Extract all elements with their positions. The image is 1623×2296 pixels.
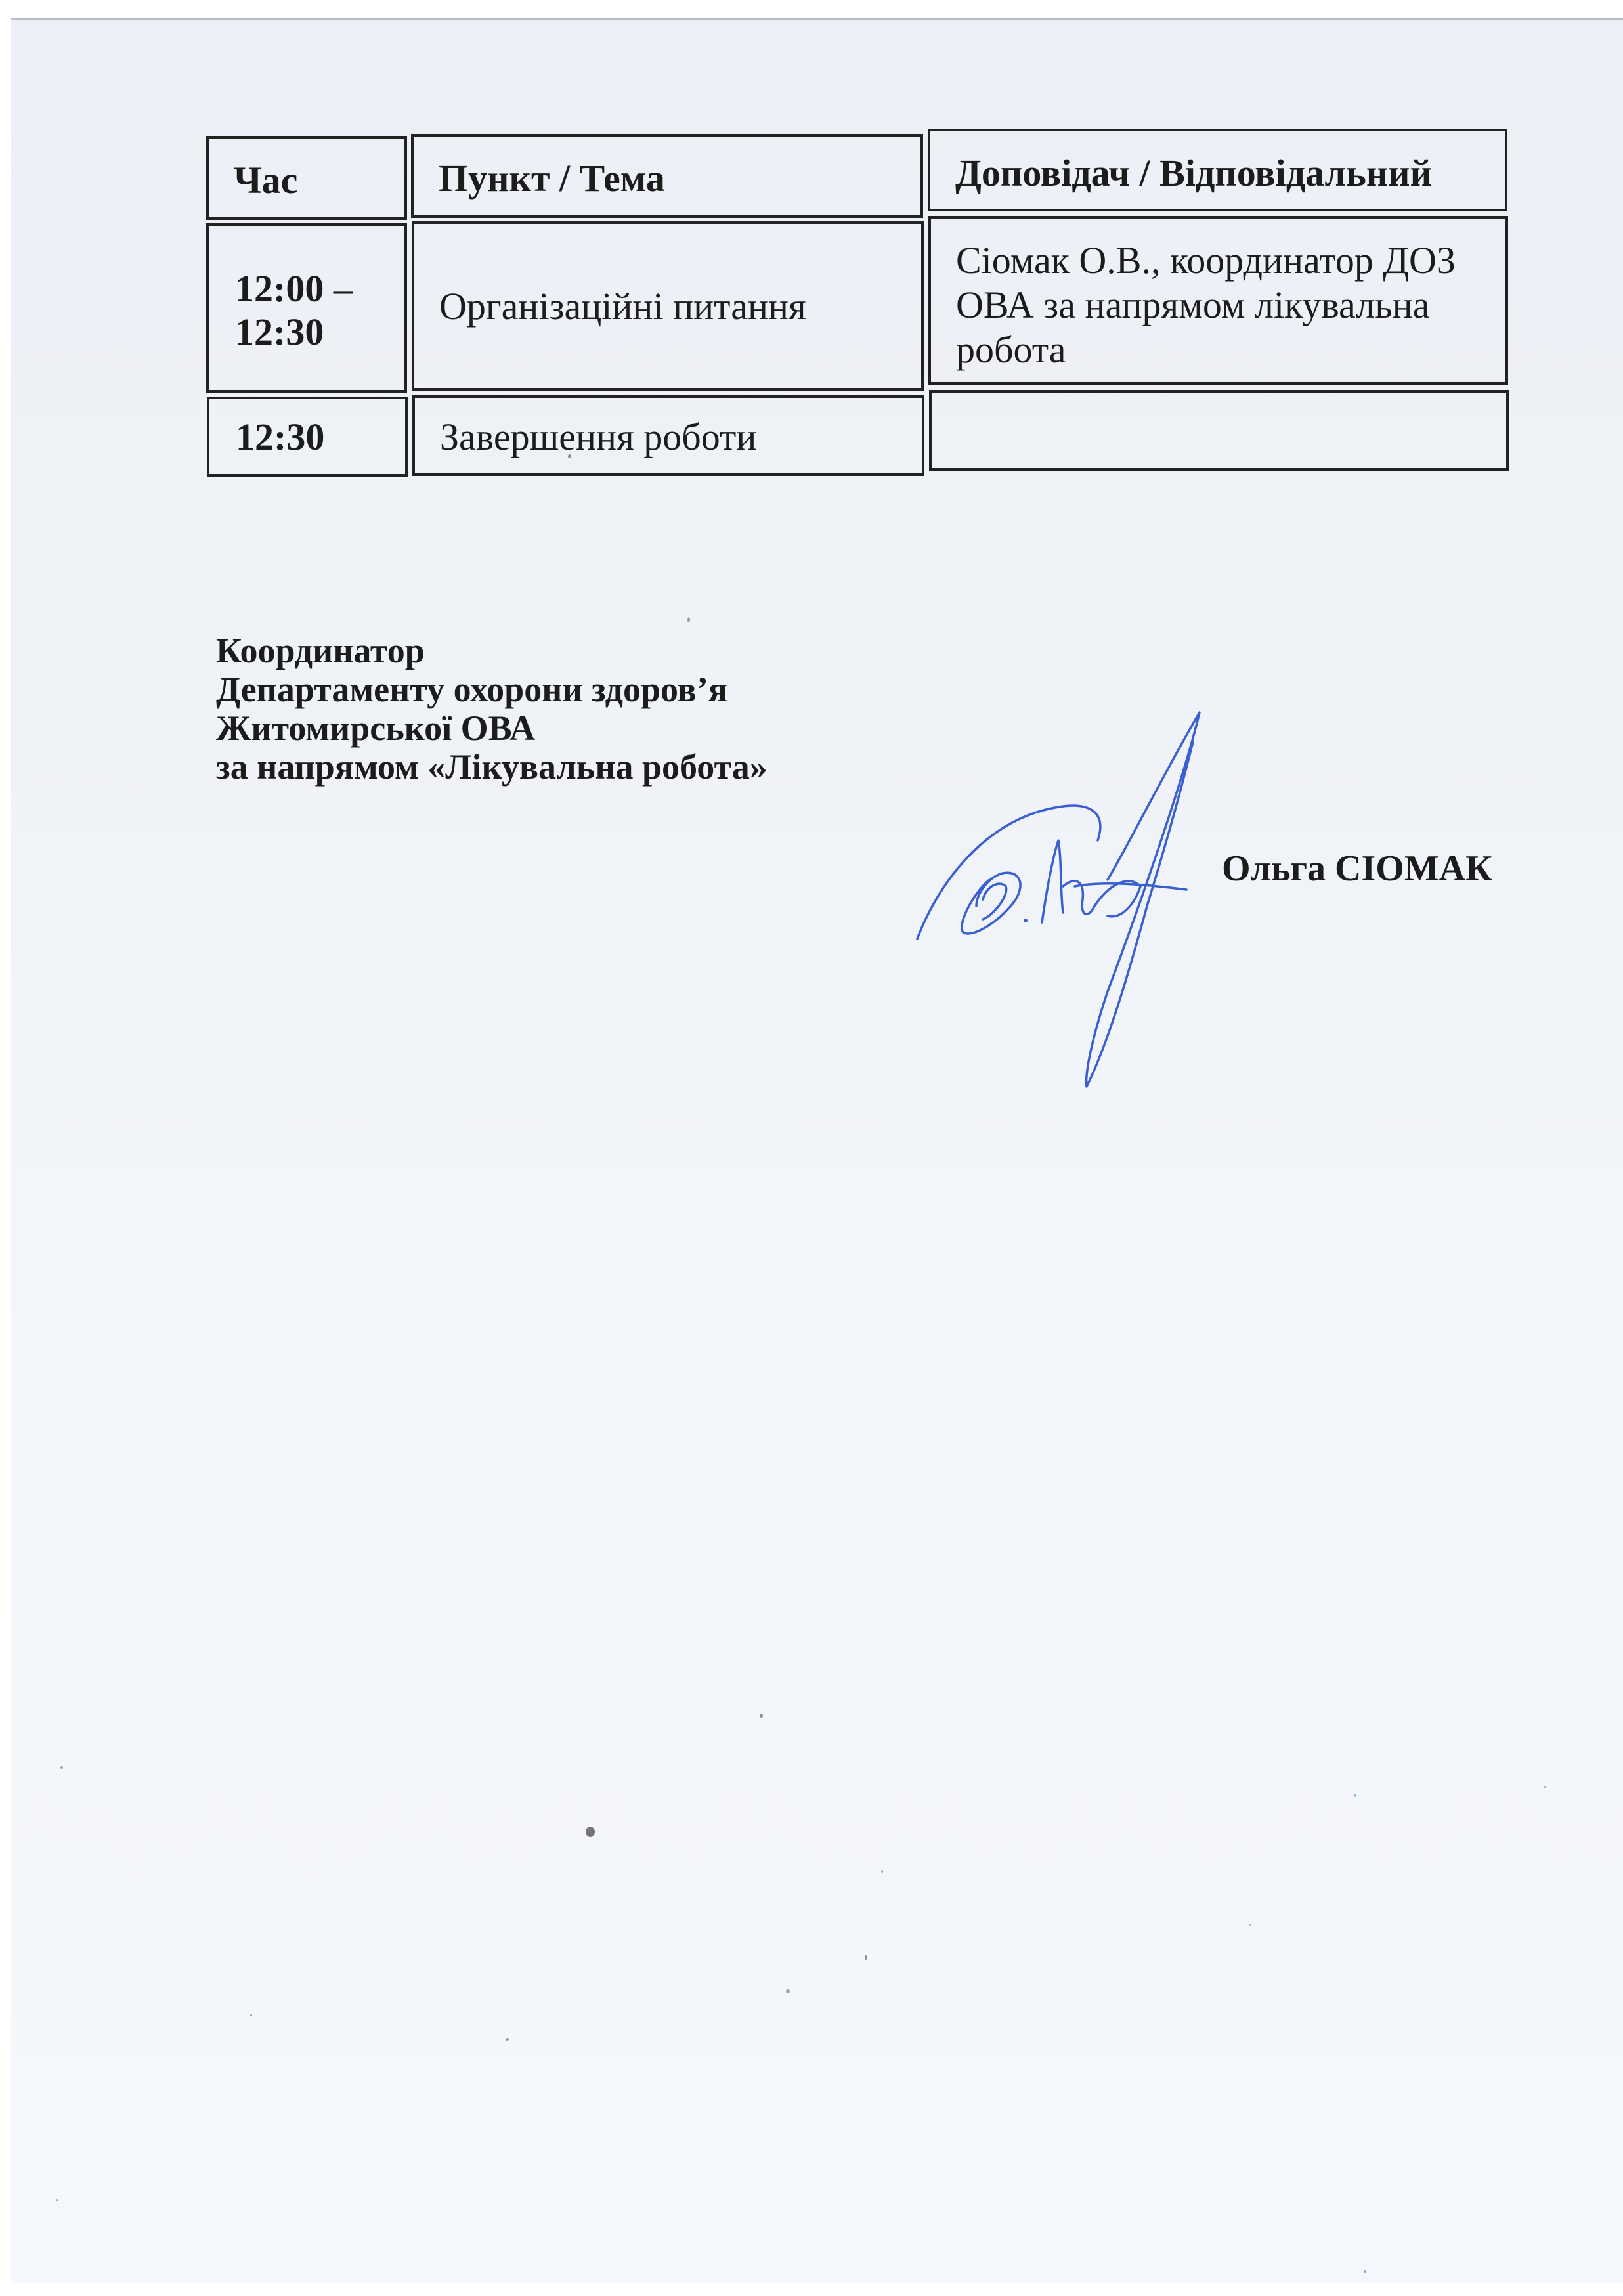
scan-speck bbox=[568, 454, 571, 458]
row-2-topic-text: Завершення роботи bbox=[440, 415, 922, 460]
scan-speck bbox=[1364, 2270, 1366, 2273]
table-row-1-speaker: Сіомак О.В., координатор ДОЗ ОВА за напр… bbox=[928, 216, 1508, 385]
row-2-time: 12:30 bbox=[236, 415, 405, 460]
scan-speck bbox=[786, 1989, 790, 1993]
table-row-2-time: 12:30 bbox=[207, 397, 408, 477]
header-time-label: Час bbox=[234, 158, 404, 203]
signatory-position: Координатор Департаменту охорони здоров’… bbox=[216, 632, 768, 787]
table-row-1-time: 12:00 – 12:30 bbox=[206, 223, 407, 393]
header-speaker-label: Доповідач / Відповідальний bbox=[955, 151, 1505, 196]
table-row-2-speaker bbox=[929, 390, 1509, 471]
scan-speck bbox=[760, 1714, 763, 1718]
row-1-time-end: 12:30 bbox=[235, 310, 404, 355]
position-line-4: за напрямом «Лікувальна робота» bbox=[216, 748, 768, 787]
table-header-speaker: Доповідач / Відповідальний bbox=[928, 129, 1507, 211]
scan-speck bbox=[865, 1955, 867, 1960]
row-1-speaker-line-3: робота bbox=[956, 328, 1505, 372]
row-1-speaker-line-2: ОВА за напрямом лікувальна bbox=[956, 283, 1505, 328]
scan-speck bbox=[250, 2014, 252, 2016]
header-topic-label: Пункт / Тема bbox=[439, 156, 920, 201]
scan-speck bbox=[1544, 1786, 1546, 1788]
row-1-time-start: 12:00 – bbox=[235, 267, 404, 311]
scan-speck bbox=[506, 2038, 509, 2041]
table-row-1-topic: Організаційні питання bbox=[412, 221, 924, 391]
table-header-topic: Пункт / Тема bbox=[411, 134, 923, 218]
scan-speck bbox=[586, 1827, 595, 1837]
scan-speck bbox=[687, 617, 690, 622]
scan-speck bbox=[56, 2199, 58, 2201]
position-line-1: Координатор bbox=[216, 632, 768, 670]
row-1-topic-text: Організаційні питання bbox=[439, 284, 921, 329]
document-page: Час Пункт / Тема Доповідач / Відповідаль… bbox=[11, 18, 1623, 2283]
scan-speck bbox=[60, 1766, 63, 1769]
table-row-2-topic: Завершення роботи bbox=[412, 395, 924, 476]
signer-name: Ольга СІОМАК bbox=[1222, 848, 1492, 890]
table-header-time: Час bbox=[206, 136, 407, 220]
handwritten-signature bbox=[911, 689, 1252, 1096]
row-1-speaker-line-1: Сіомак О.В., координатор ДОЗ bbox=[956, 238, 1505, 283]
scan-speck bbox=[1249, 1924, 1251, 1926]
scan-speck bbox=[1354, 1794, 1356, 1797]
position-line-2: Департаменту охорони здоров’я bbox=[216, 670, 768, 709]
position-line-3: Житомирської ОВА bbox=[216, 709, 768, 748]
scan-speck bbox=[881, 1870, 883, 1873]
